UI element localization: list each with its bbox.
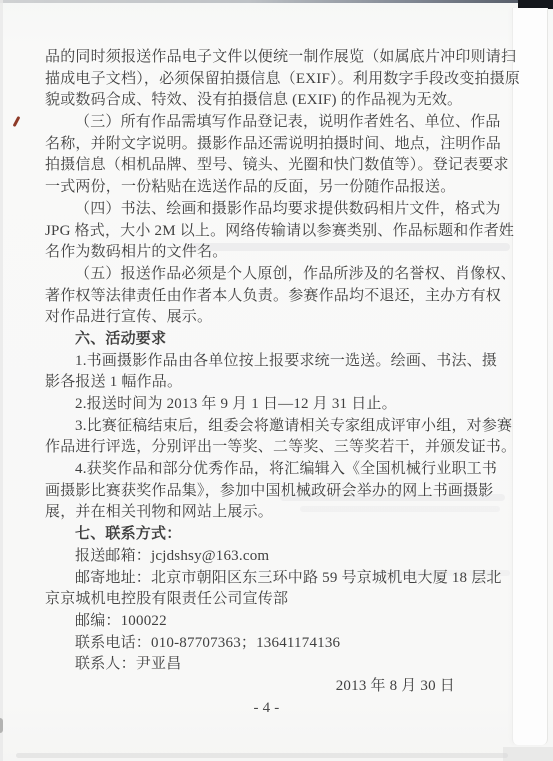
red-pen-mark	[13, 116, 21, 127]
doc-line-numbered-2: 2.报送时间为 2013 年 9 月 1 日—12 月 31 日止。	[45, 394, 512, 416]
doc-line: 对作品进行宣传、展示。	[45, 307, 512, 329]
doc-line-item-3: （三）所有作品需填写作品登记表，说明作者姓名、单位、作品	[45, 112, 512, 134]
doc-line: 品的同时须报送作品电子文件以便统一制作展览（如属底片冲印则请扫	[45, 47, 512, 69]
doc-line: 貌或数码合成、特效、没有拍摄信息 (EXIF) 的作品视为无效。	[45, 90, 512, 112]
scan-left-edge	[0, 0, 3, 761]
scan-bottom-edge	[16, 753, 508, 758]
doc-line: 著作权等法律责任由作者本人负责。参赛作品均不退还，主办方有权	[45, 286, 512, 308]
scan-bottom-right-patch	[503, 747, 553, 761]
section-heading-contact: 七、联系方式：	[45, 524, 512, 546]
document-date: 2013 年 8 月 30 日	[45, 676, 512, 698]
doc-line-item-4: （四）书法、绘画和摄影作品均要求提供数码相片文件，格式为	[45, 199, 512, 221]
doc-line: 展，并在相关刊物和网站上展示。	[45, 502, 512, 524]
doc-line: 名称，并附文字说明。摄影作品还需说明拍摄时间、地点，注明作品	[45, 134, 512, 156]
doc-line: 名作为数码相片的文件名。	[45, 242, 512, 264]
doc-line: 拍摄信息（相机品牌、型号、镜头、光圈和快门数值等）。登记表要求	[45, 155, 512, 177]
contact-phone-line: 联系电话：010-87707363；13641174136	[45, 633, 512, 655]
contact-email-line: 报送邮箱：jcjdshsy@163.com	[45, 546, 512, 568]
contact-address-line-2: 京京城机电控股有限责任公司宣传部	[45, 589, 512, 611]
postal-code-line: 邮编：100022	[45, 611, 512, 633]
scan-right-strip	[512, 8, 548, 745]
doc-line: 影各报送 1 幅作品。	[45, 372, 512, 394]
doc-line: JPG 格式，大小 2M 以上。网络传输请以参赛类别、作品标题和作者姓	[45, 221, 512, 243]
doc-line-item-5: （五）报送作品必须是个人原创，作品所涉及的名誉权、肖像权、	[45, 264, 512, 286]
contact-person-line: 联系人：尹亚昌	[45, 654, 512, 676]
section-heading-activity-requirements: 六、活动要求	[45, 329, 512, 351]
contact-address-line: 邮寄地址：北京市朝阳区东三环中路 59 号京城机电大厦 18 层北	[45, 568, 512, 590]
scanned-document-page: 品的同时须报送作品电子文件以便统一制作展览（如属底片冲印则请扫 描成电子文档），…	[0, 0, 553, 761]
scan-top-edge	[0, 0, 553, 3]
doc-line: 作品进行评选，分别评出一等奖、二等奖、三等奖若干，并颁发证书。	[45, 437, 512, 459]
page-number: - 4 -	[45, 698, 512, 720]
doc-line-numbered-1: 1.书画摄影作品由各单位按上报要求统一选送。绘画、书法、摄	[45, 351, 512, 373]
doc-line: 描成电子文档），必须保留拍摄信息（EXIF）。利用数字手段改变拍摄原	[45, 69, 512, 91]
doc-line-numbered-4: 4.获奖作品和部分优秀作品，将汇编辑入《全国机械行业职工书	[45, 459, 512, 481]
scan-left-mark	[0, 718, 3, 733]
doc-line: 一式两份，一份粘贴在选送作品的反面，另一份随作品报送。	[45, 177, 512, 199]
doc-line-numbered-3: 3.比赛征稿结束后，组委会将邀请相关专家组成评审小组，对参赛	[45, 416, 512, 438]
document-body: 品的同时须报送作品电子文件以便统一制作展览（如属底片冲印则请扫 描成电子文档），…	[45, 47, 512, 719]
doc-line: 画摄影比赛获奖作品集》，参加中国机械政研会举办的网上书画摄影	[45, 481, 512, 503]
